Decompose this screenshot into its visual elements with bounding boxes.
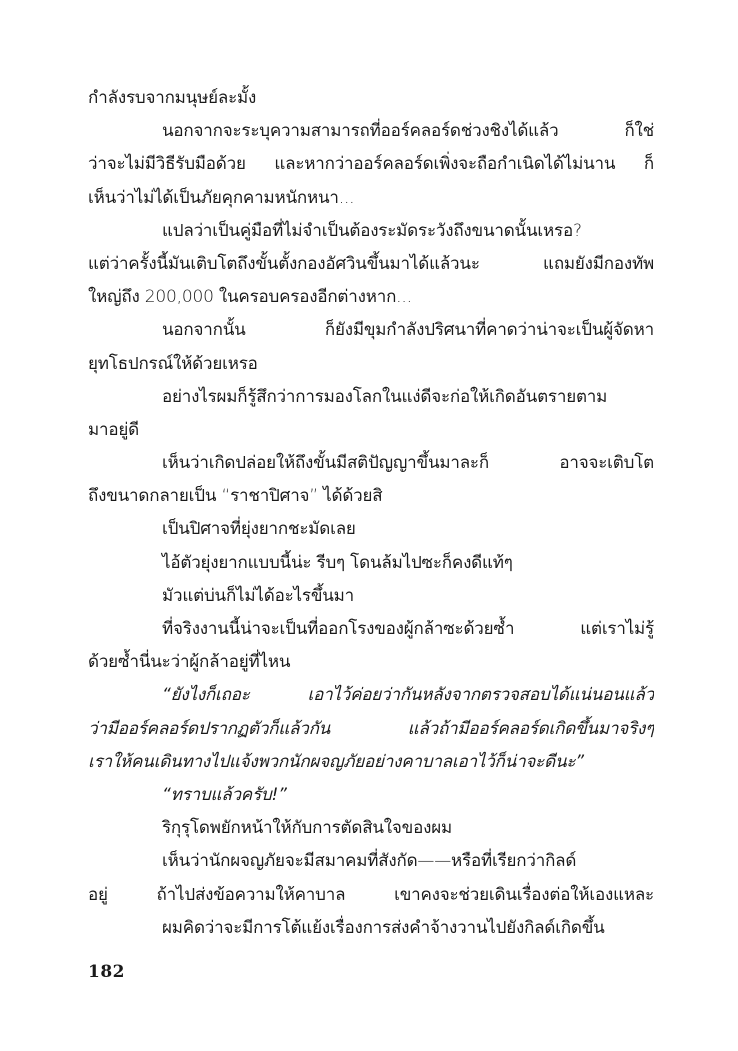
- text-line: แปลว่าเป็นคู่มือที่ไม่จำเป็นต้องระมัดระว…: [88, 215, 654, 248]
- text-line: กำลังรบจากมนุษย์ละมั้ง: [88, 82, 654, 115]
- text-line: เป็นปิศาจที่ยุ่งยากชะมัดเลย: [88, 513, 654, 546]
- text-line: ว่ามีออร์คลอร์ดปรากฏตัวก็แล้วกัน แล้วถ้า…: [88, 713, 654, 746]
- text-line: เห็นว่าเกิดปล่อยให้ถึงขั้นมีสติปัญญาขึ้น…: [88, 447, 654, 480]
- text-line: ยุทโธปกรณ์ให้ด้วยเหรอ: [88, 348, 654, 381]
- text-line: “ยังไงก็เถอะ เอาไว้ค่อยว่ากันหลังจากตรวจ…: [88, 679, 654, 712]
- text-line: ไอ้ตัวยุ่งยากแบบนี้น่ะ รีบๆ โดนล้มไปซะก็…: [88, 547, 654, 580]
- text-line: มาอยู่ดี: [88, 414, 654, 447]
- text-line: ใหญ่ถึง 200,000 ในครอบครองอีกต่างหาก...: [88, 281, 654, 314]
- text-line: ที่จริงงานนี้น่าจะเป็นที่ออกโรงของผู้กล้…: [88, 613, 654, 646]
- text-line: ผมคิดว่าจะมีการโต้แย้งเรื่องการส่งคำจ้าง…: [88, 912, 654, 945]
- book-page: กำลังรบจากมนุษย์ละมั้งนอกจากจะระบุความสา…: [0, 0, 738, 1051]
- text-line: อยู่ ถ้าไปส่งข้อความให้คาบาล เขาคงจะช่วย…: [88, 879, 654, 912]
- text-line: “ทราบแล้วครับ!”: [88, 779, 654, 812]
- text-line: นอกจากจะระบุความสามารถที่ออร์คลอร์ดช่วงช…: [88, 115, 654, 148]
- text-line: ว่าจะไม่มีวิธีรับมือด้วย และหากว่าออร์คล…: [88, 148, 654, 181]
- text-line: อย่างไรผมก็รู้สึกว่าการมองโลกในแง่ดีจะก่…: [88, 381, 654, 414]
- body-text: กำลังรบจากมนุษย์ละมั้งนอกจากจะระบุความสา…: [88, 82, 654, 945]
- page-number: 182: [88, 962, 125, 982]
- text-line: เราให้คนเดินทางไปแจ้งพวกนักผจญภัยอย่างคา…: [88, 746, 654, 779]
- text-line: นอกจากนั้น ก็ยังมีขุมกำลังปริศนาที่คาดว่…: [88, 314, 654, 347]
- text-line: ด้วยซ้ำนี่นะว่าผู้กล้าอยู่ที่ไหน: [88, 646, 654, 679]
- text-line: มัวแต่บ่นก็ไม่ได้อะไรขึ้นมา: [88, 580, 654, 613]
- text-line: เห็นว่านักผจญภัยจะมีสมาคมที่สังกัด——หรือ…: [88, 845, 654, 878]
- text-line: แต่ว่าครั้งนี้มันเติบโตถึงขั้นตั้งกองอัศ…: [88, 248, 654, 281]
- text-line: ริกุรุโดพยักหน้าให้กับการตัดสินใจของผม: [88, 812, 654, 845]
- text-line: เห็นว่าไม่ได้เป็นภัยคุกคามหนักหนา...: [88, 182, 654, 215]
- text-line: ถึงขนาดกลายเป็น “ราชาปิศาจ” ได้ด้วยสิ: [88, 480, 654, 513]
